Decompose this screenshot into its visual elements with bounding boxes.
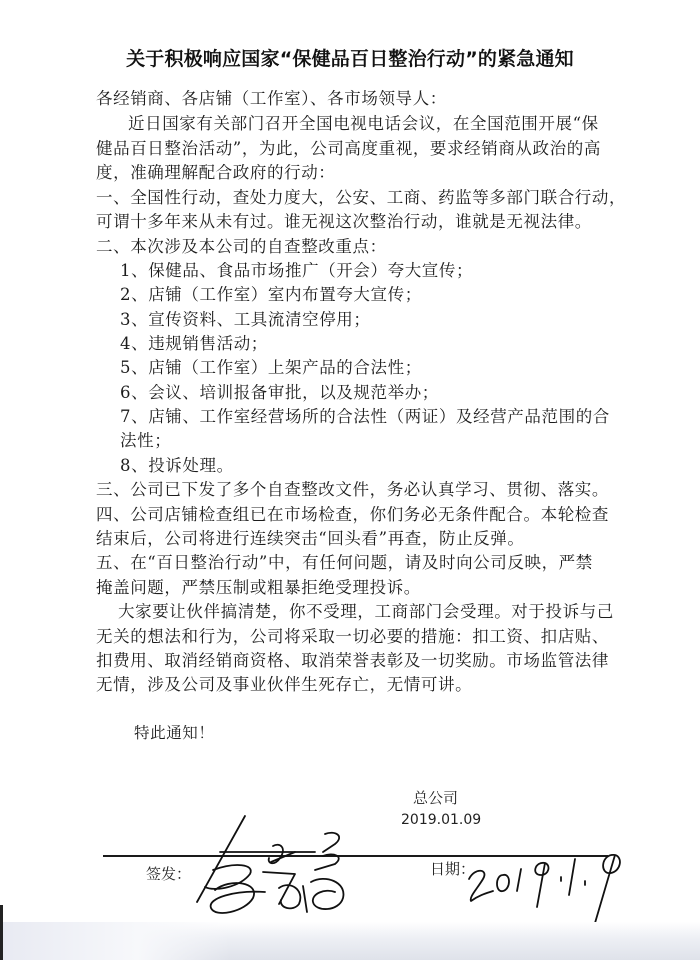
section-2-item-8: 8、投诉处理。 [120,456,234,476]
section-5-line-1: 五、在“百日整治行动”中，有任何问题，请及时向公司反映，严禁 [96,553,593,573]
section-1-line-1: 一、全国性行动，查处力度大，公安、工商、药监等多部门联合行动， [96,188,626,208]
handwritten-signature [175,812,375,932]
intro-line-1: 近日国家有关部门召开全国电视电话会议，在全国范围开展“保 [128,114,599,134]
closing-line-2: 无关的想法和行为，公司将采取一切必要的措施：扣工资、扣店贴、 [96,627,609,647]
intro-line-2: 健品百日整治活动”，为此，公司高度重视，要求经销商从政治的高 [96,139,601,159]
section-2-item-7-cont: 法性； [120,431,171,451]
closing-line-1: 大家要让伙伴搞清楚，你不受理，工商部门会受理。对于投诉与己 [118,602,614,622]
section-4-line-2: 结束后，公司将进行连续突击“回头看”再查，防止反弹。 [96,529,524,549]
section-3: 三、公司已下发了多个自查整改文件，务必认真学习、贯彻、落实。 [96,480,609,500]
section-2-item-7: 7、店铺、工作室经营场所的合法性（两证）及经营产品范围的合 [120,407,610,427]
section-2-item-5: 5、店铺（工作室）上架产品的合法性； [120,358,422,378]
closing-line-4: 无情，涉及公司及事业伙伴生死存亡，无情可讲。 [96,675,472,695]
closing-line-3: 扣费用、取消经销商资格、取消荣誉表彰及一切奖励。市场监管法律 [96,651,609,671]
handwritten-date [465,845,645,925]
scan-left-edge [0,905,3,960]
section-2-item-6: 6、会议、培训报备审批，以及规范举办； [120,383,439,403]
issue-date: 2019.01.09 [401,812,481,828]
notice-end: 特此通知！ [134,723,215,743]
intro-line-3: 度，准确理解配合政府的行动： [96,163,335,183]
document-page: 关于积极响应国家“保健品百日整治行动”的紧急通知 各经销商、各店铺（工作室）、各… [0,0,700,960]
section-4-line-1: 四、公司店铺检查组已在市场检查，你们务必无条件配合。本轮检查 [96,505,609,525]
section-2-item-4: 4、违规销售活动； [120,334,268,354]
section-2-item-1: 1、保健品、食品市场推广（开会）夸大宣传； [120,261,473,281]
section-2-heading: 二、本次涉及本公司的自查整改重点： [96,237,387,257]
salutation: 各经销商、各店铺（工作室）、各市场领导人： [96,89,447,109]
section-5-line-2: 掩盖问题，严禁压制或粗暴拒绝受理投诉。 [96,578,421,598]
scan-bottom-shadow [0,922,700,960]
document-title: 关于积极响应国家“保健品百日整治行动”的紧急通知 [0,44,700,71]
section-2-item-2: 2、店铺（工作室）室内布置夸大宣传； [120,285,422,305]
section-2-item-3: 3、宣传资料、工具流清空停用； [120,310,371,330]
section-1-line-2: 可谓十多年来从未有过。谁无视这次整治行动，谁就是无视法律。 [96,212,592,232]
issuer-name: 总公司 [413,787,458,808]
